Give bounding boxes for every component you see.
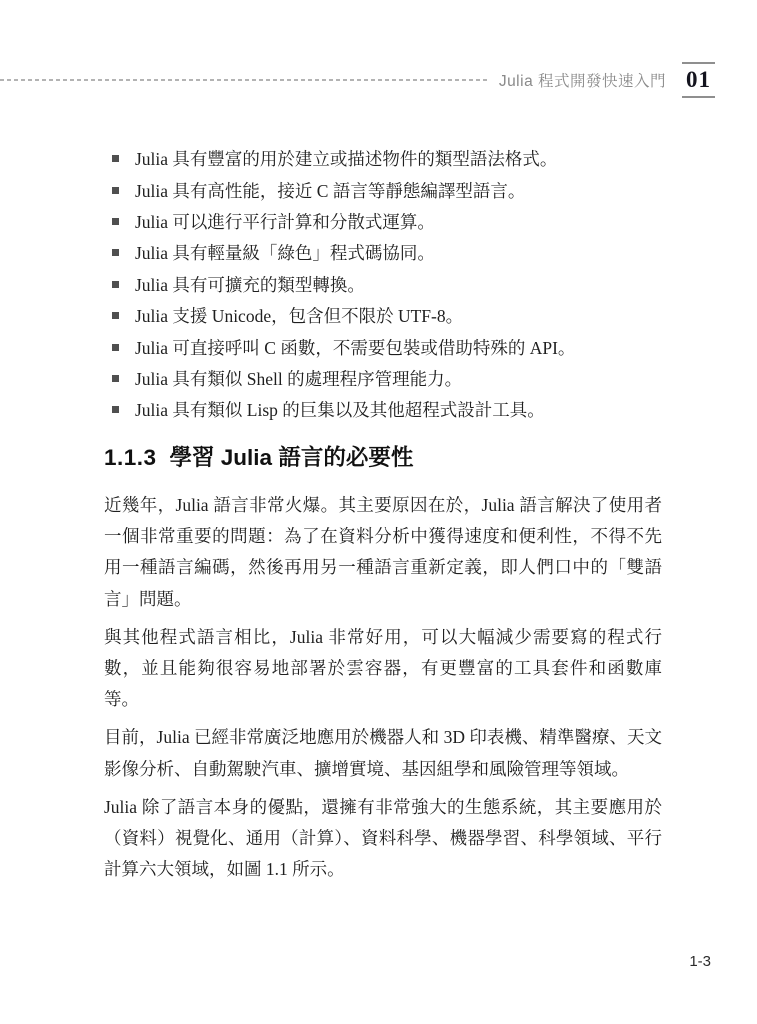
chapter-number-badge: 01 (682, 62, 715, 98)
bullet-text: Julia 具有類似 Shell 的處理程序管理能力。 (135, 366, 462, 391)
bullet-text: Julia 可直接呼叫 C 函數，不需要包裝或借助特殊的 API。 (135, 335, 575, 360)
paragraph-line: 一個非常重要的問題：為了在資料分析中獲得速度和便利性，不得不先 (104, 521, 662, 552)
paragraph-line: 數，並且能夠很容易地部署於雲容器，有更豐富的工具套件和函數庫等。 (104, 653, 662, 716)
bullet-item: Julia 支援 Unicode，包含但不限於 UTF-8。 (104, 300, 662, 331)
bullet-text: Julia 具有高性能，接近 C 語言等靜態編譯型語言。 (135, 178, 525, 203)
bullet-text: Julia 具有類似 Lisp 的巨集以及其他超程式設計工具。 (135, 397, 545, 422)
book-page: Julia 程式開發快速入門 01 Julia 具有豐富的用於建立或描述物件的類… (0, 0, 757, 1024)
feature-bullet-list: Julia 具有豐富的用於建立或描述物件的類型語法格式。Julia 具有高性能，… (104, 143, 662, 426)
page-content: Julia 具有豐富的用於建立或描述物件的類型語法格式。Julia 具有高性能，… (104, 143, 662, 892)
bullet-item: Julia 具有類似 Shell 的處理程序管理能力。 (104, 363, 662, 394)
bullet-text: Julia 具有輕量級「綠色」程式碼協同。 (135, 240, 435, 265)
bullet-text: Julia 支援 Unicode，包含但不限於 UTF-8。 (135, 303, 463, 328)
paragraph-ease-of-use: 與其他程式語言相比，Julia 非常好用，可以大幅減少需要寫的程式行數，並且能夠… (104, 622, 662, 716)
bullet-item: Julia 具有可擴充的類型轉換。 (104, 269, 662, 300)
square-bullet-icon (112, 187, 119, 194)
paragraph-line: （資料）視覺化、通用（計算）、資料科學、機器學習、科學領域、平行 (104, 823, 662, 854)
square-bullet-icon (112, 249, 119, 256)
bullet-text: Julia 具有可擴充的類型轉換。 (135, 272, 365, 297)
page-header: Julia 程式開發快速入門 01 (0, 58, 715, 102)
square-bullet-icon (112, 344, 119, 351)
paragraph-line: 言」問題。 (104, 584, 662, 615)
bullet-text: Julia 可以進行平行計算和分散式運算。 (135, 209, 435, 234)
paragraph-line: Julia 除了語言本身的優點，還擁有非常強大的生態系統，其主要應用於 (104, 792, 662, 823)
page-number: 1-3 (689, 953, 711, 970)
paragraph-applications: 目前，Julia 已經非常廣泛地應用於機器人和 3D 印表機、精準醫療、天文影像… (104, 722, 662, 785)
paragraph-line: 近幾年，Julia 語言非常火爆。其主要原因在於，Julia 語言解決了使用者 (104, 490, 662, 521)
paragraph-dual-language: 近幾年，Julia 語言非常火爆。其主要原因在於，Julia 語言解決了使用者一… (104, 490, 662, 616)
paragraph-line: 用一種語言編碼，然後再用另一種語言重新定義，即人們口中的「雙語 (104, 552, 662, 583)
square-bullet-icon (112, 375, 119, 382)
bullet-item: Julia 具有類似 Lisp 的巨集以及其他超程式設計工具。 (104, 394, 662, 425)
bullet-item: Julia 具有輕量級「綠色」程式碼協同。 (104, 237, 662, 268)
paragraph-line: 計算六大領域，如圖 1.1 所示。 (104, 854, 662, 885)
paragraph-line: 影像分析、自動駕駛汽車、擴增實境、基因組學和風險管理等領域。 (104, 754, 662, 785)
paragraph-ecosystem: Julia 除了語言本身的優點，還擁有非常強大的生態系統，其主要應用於（資料）視… (104, 792, 662, 886)
bullet-item: Julia 可以進行平行計算和分散式運算。 (104, 206, 662, 237)
section-heading: 1.1.3學習 Julia 語言的必要性 (104, 443, 662, 473)
bullet-item: Julia 可直接呼叫 C 函數，不需要包裝或借助特殊的 API。 (104, 331, 662, 362)
header-dashed-rule (0, 79, 487, 81)
paragraph-line: 目前，Julia 已經非常廣泛地應用於機器人和 3D 印表機、精準醫療、天文 (104, 722, 662, 753)
square-bullet-icon (112, 406, 119, 413)
square-bullet-icon (112, 218, 119, 225)
square-bullet-icon (112, 281, 119, 288)
bullet-item: Julia 具有豐富的用於建立或描述物件的類型語法格式。 (104, 143, 662, 174)
paragraph-line: 與其他程式語言相比，Julia 非常好用，可以大幅減少需要寫的程式行 (104, 622, 662, 653)
bullet-item: Julia 具有高性能，接近 C 語言等靜態編譯型語言。 (104, 174, 662, 205)
section-title: 學習 Julia 語言的必要性 (170, 445, 414, 470)
section-number: 1.1.3 (104, 445, 157, 470)
square-bullet-icon (112, 312, 119, 319)
bullet-text: Julia 具有豐富的用於建立或描述物件的類型語法格式。 (135, 146, 557, 171)
chapter-title: Julia 程式開發快速入門 (499, 69, 666, 91)
square-bullet-icon (112, 155, 119, 162)
